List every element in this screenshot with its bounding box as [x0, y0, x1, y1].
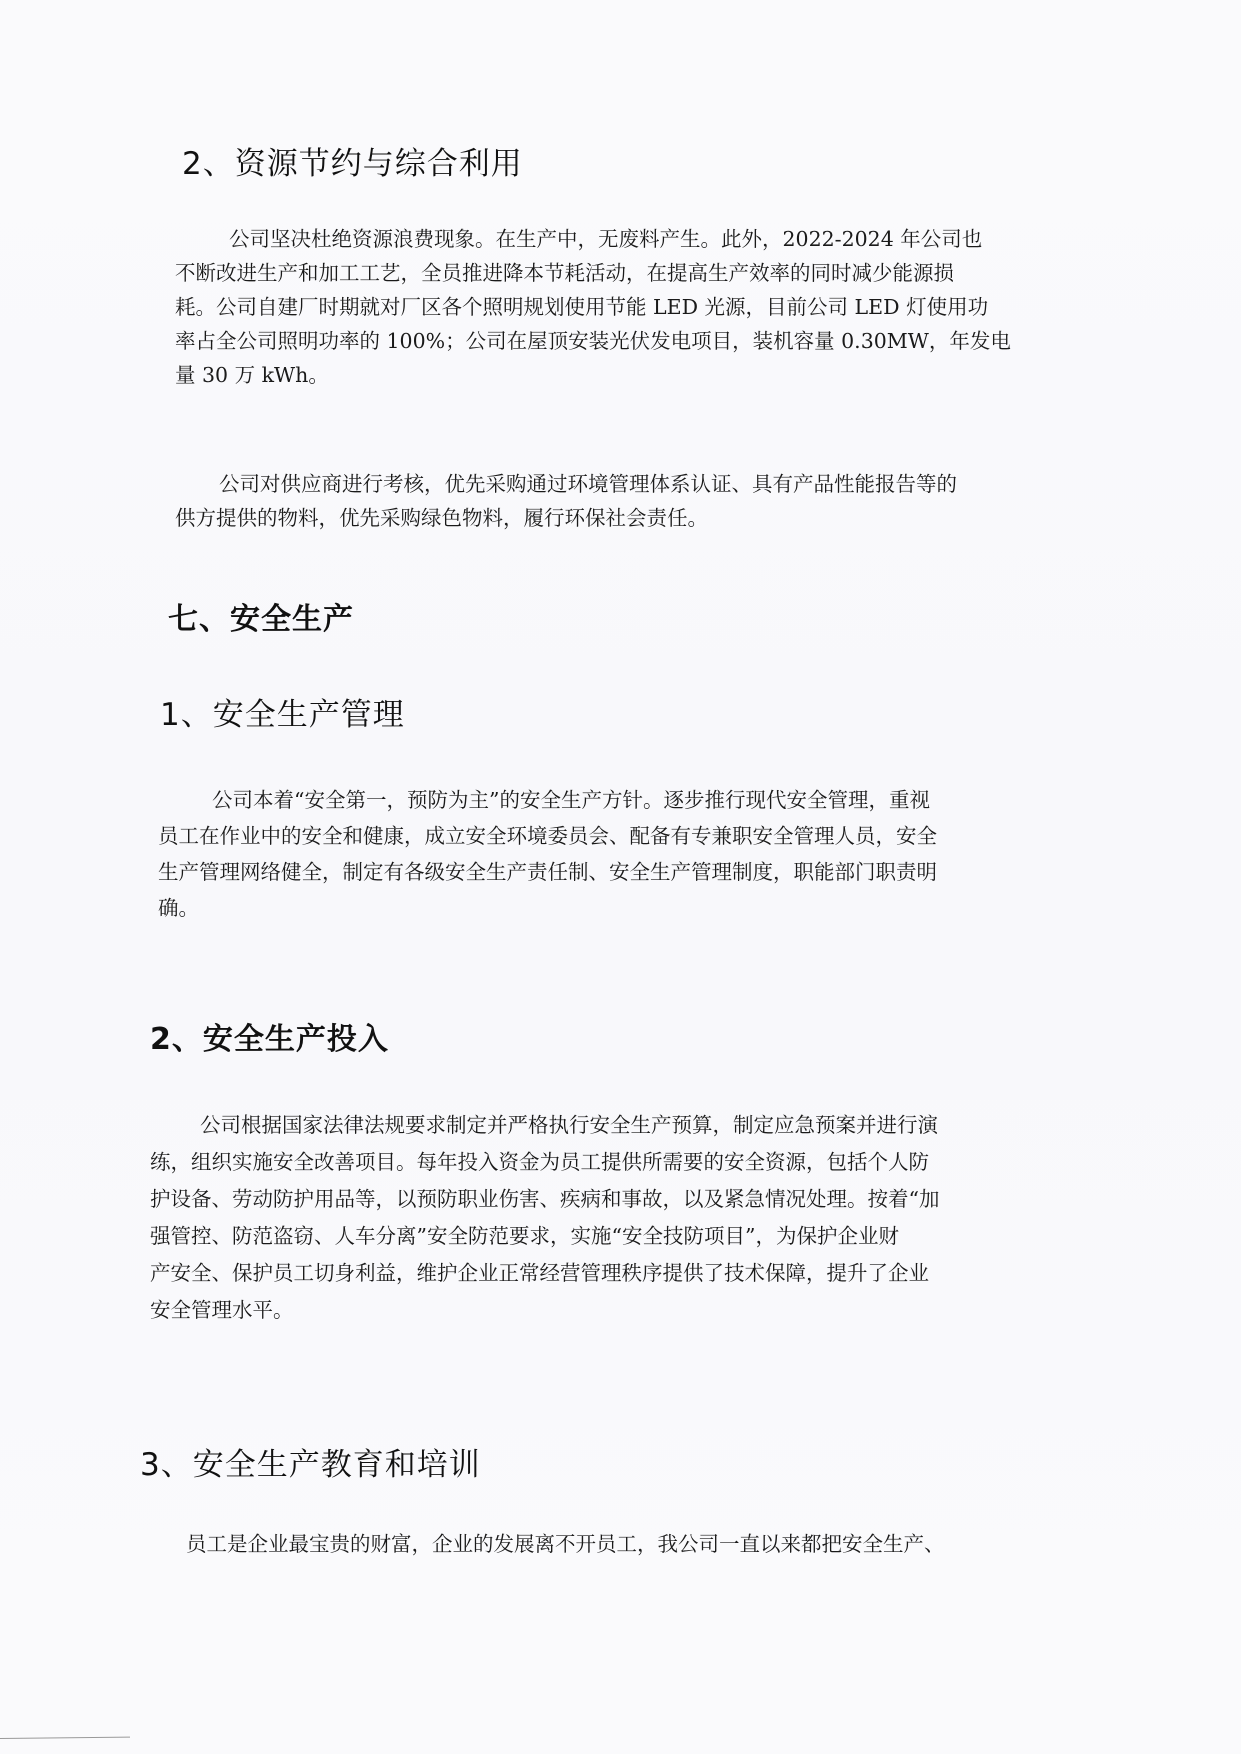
text-line: 公司坚决杜绝资源浪费现象。在生产中，无废料产生。此外，2022-2024 年公司…	[175, 222, 1125, 256]
chapter-heading-safety-production: 七、安全生产	[168, 600, 354, 640]
paragraph-resource-saving: 公司坚决杜绝资源浪费现象。在生产中，无废料产生。此外，2022-2024 年公司…	[175, 222, 1125, 392]
scan-edge-line	[0, 1737, 130, 1739]
paragraph-safety-management: 公司本着“安全第一，预防为主”的安全生产方针。逐步推行现代安全管理，重视 员工在…	[158, 783, 1108, 925]
text-line: 供方提供的物料，优先采购绿色物料，履行环保社会责任。	[175, 501, 1125, 535]
paragraph-supplier-assessment: 公司对供应商进行考核，优先采购通过环境管理体系认证、具有产品性能报告等的 供方提…	[175, 467, 1125, 535]
text-line: 公司对供应商进行考核，优先采购通过环境管理体系认证、具有产品性能报告等的	[175, 467, 1125, 501]
text-line: 员工是企业最宝贵的财富，企业的发展离不开员工，我公司一直以来都把安全生产、	[140, 1527, 1100, 1561]
section-heading-safety-management: 1、安全生产管理	[160, 695, 405, 735]
text-line: 率占全公司照明功率的 100%；公司在屋顶安装光伏发电项目，装机容量 0.30M…	[175, 324, 1125, 358]
text-line: 安全管理水平。	[150, 1293, 1110, 1327]
text-line: 公司根据国家法律法规要求制定并严格执行安全生产预算，制定应急预案并进行演	[150, 1108, 1110, 1142]
text-line: 生产管理网络健全，制定有各级安全生产责任制、安全生产管理制度，职能部门职责明	[158, 855, 1108, 889]
section-heading-safety-training: 3、安全生产教育和培训	[140, 1445, 481, 1485]
text-line: 练，组织实施安全改善项目。每年投入资金为员工提供所需要的安全资源，包括个人防	[150, 1145, 1110, 1179]
section-heading-safety-investment: 2、安全生产投入	[150, 1020, 389, 1060]
text-line: 员工在作业中的安全和健康，成立安全环境委员会、配备有专兼职安全管理人员，安全	[158, 819, 1108, 853]
text-line: 强管控、防范盗窃、人车分离”安全防范要求，实施“安全技防项目”，为保护企业财	[150, 1219, 1110, 1253]
text-line: 产安全、保护员工切身利益，维护企业正常经营管理秩序提供了技术保障，提升了企业	[150, 1256, 1110, 1290]
paragraph-safety-training: 员工是企业最宝贵的财富，企业的发展离不开员工，我公司一直以来都把安全生产、	[140, 1527, 1100, 1561]
text-line: 确。	[158, 891, 1108, 925]
text-line: 耗。公司自建厂时期就对厂区各个照明规划使用节能 LED 光源，目前公司 LED …	[175, 290, 1125, 324]
document-page: 2、资源节约与综合利用 公司坚决杜绝资源浪费现象。在生产中，无废料产生。此外，2…	[0, 0, 1241, 1754]
text-line: 不断改进生产和加工工艺，全员推进降本节耗活动，在提高生产效率的同时减少能源损	[175, 256, 1125, 290]
text-line: 量 30 万 kWh。	[175, 358, 1125, 392]
text-line: 公司本着“安全第一，预防为主”的安全生产方针。逐步推行现代安全管理，重视	[158, 783, 1108, 817]
section-heading-resource-saving: 2、资源节约与综合利用	[182, 144, 523, 184]
paragraph-safety-investment: 公司根据国家法律法规要求制定并严格执行安全生产预算，制定应急预案并进行演 练，组…	[150, 1108, 1110, 1327]
text-line: 护设备、劳动防护用品等，以预防职业伤害、疾病和事故，以及紧急情况处理。按着“加	[150, 1182, 1110, 1216]
